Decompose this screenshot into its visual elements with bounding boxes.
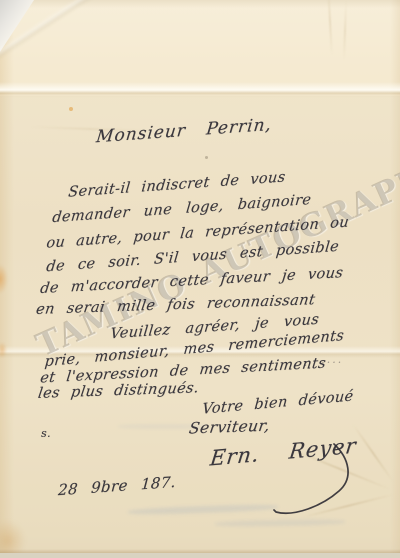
paper-edge-tint-top <box>0 0 400 8</box>
fold-crease-top <box>0 82 400 98</box>
stray-ink-dots: : ···· <box>304 356 343 369</box>
paper-crinkle <box>327 0 333 56</box>
ink-speck <box>69 107 73 111</box>
paper-stain <box>0 342 7 358</box>
ink-speck <box>205 156 208 159</box>
paper-stain <box>0 264 8 294</box>
letter-scan: TAMINO AUTOGRAPHS Monsieur Perrin, Serai… <box>0 0 400 558</box>
signature-flourish-stroke <box>248 428 368 520</box>
bottom-paper-edge <box>0 553 400 558</box>
paper-crinkle <box>343 1 347 61</box>
margin-ink-mark: s. <box>41 427 51 440</box>
